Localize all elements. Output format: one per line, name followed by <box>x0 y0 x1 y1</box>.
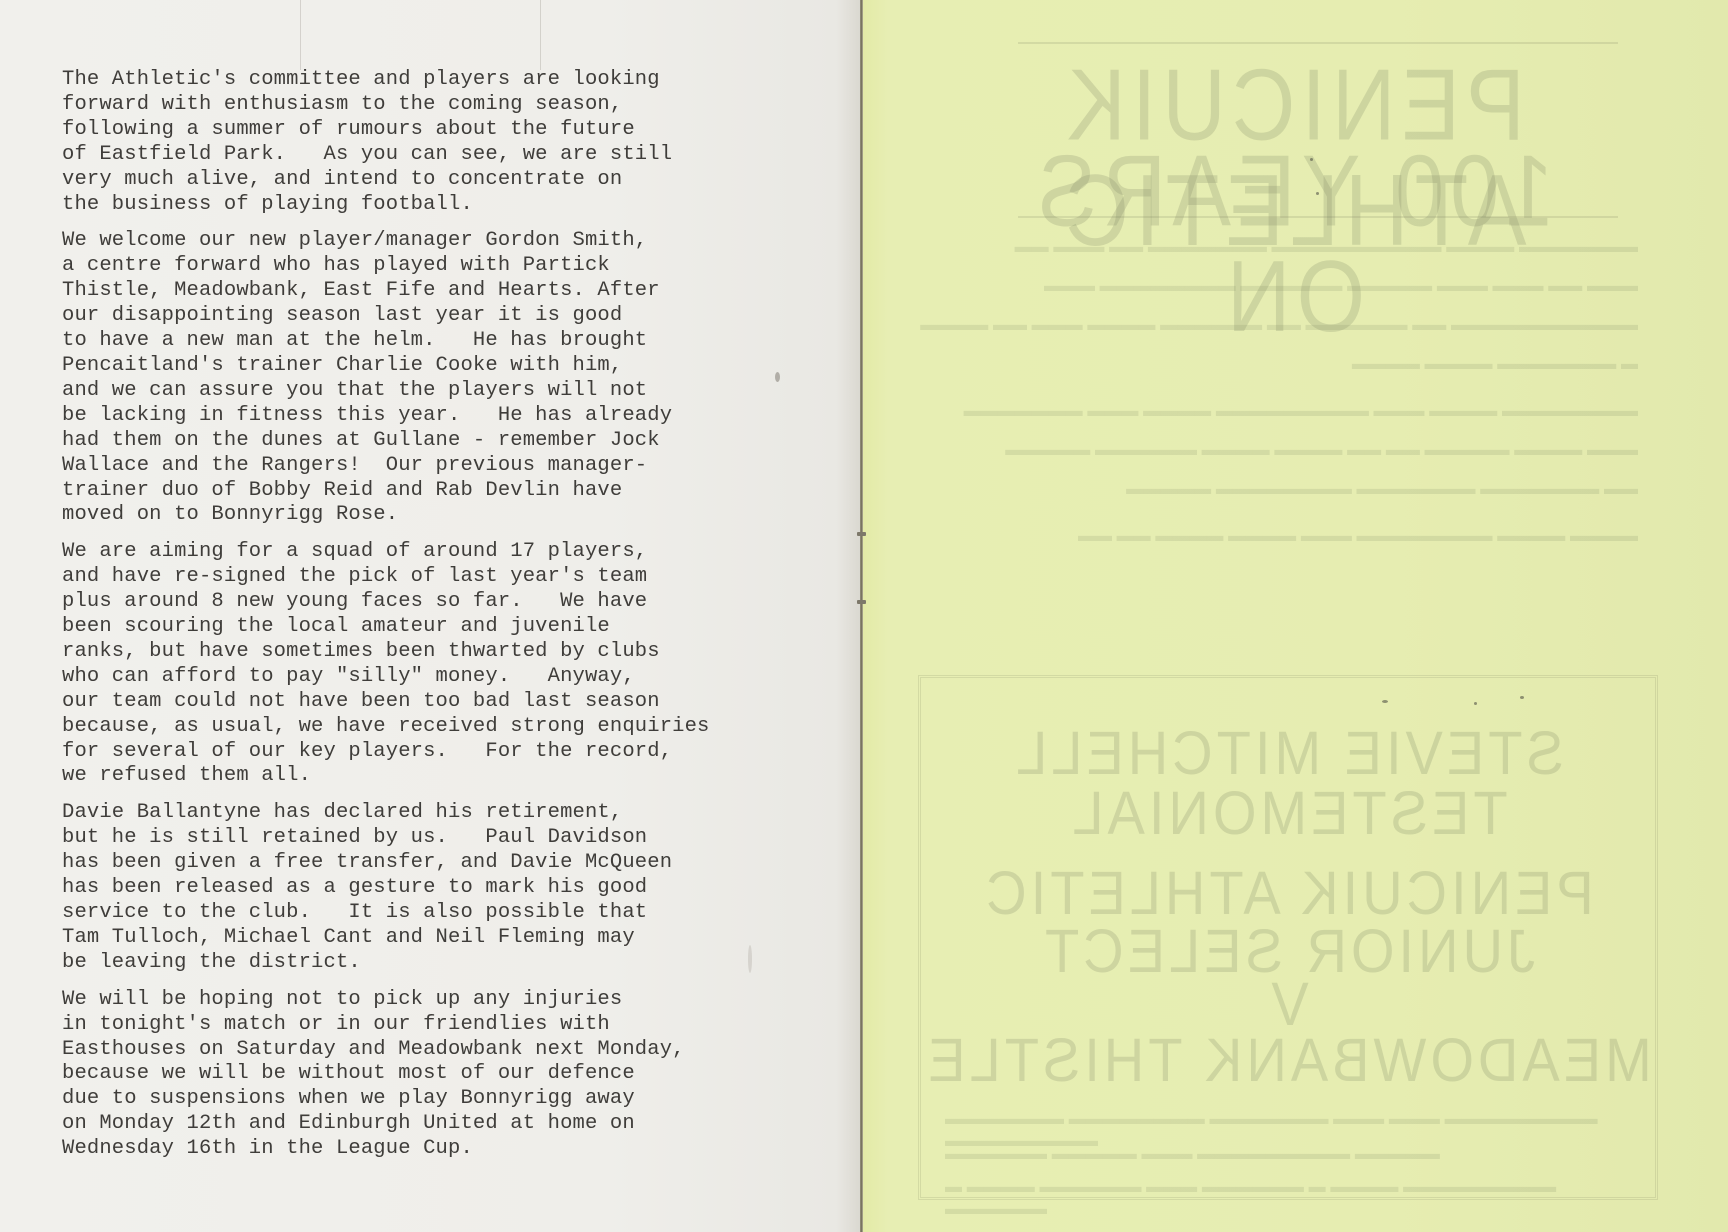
paragraph-2: We welcome our new player/manager Gordon… <box>62 229 852 528</box>
ghost-box-line-6: MEADOWBANK THISTLE <box>921 1027 1655 1093</box>
ghost-text-line: ▬▬▬ ▬▬ ▬▬▬ ▬▬▬ ▬▬▬▬▬ ▬▬▬▬▬▬ ▬▬▬▬▬▬▬▬ ▬▬▬ <box>998 275 1638 297</box>
ghost-text-line: ▬▬▬ ▬▬▬▬ ▬▬▬▬▬ ▬▬ ▬▬ ▬▬▬▬ ▬▬▬▬ ▬▬▬▬▬▬ ▬▬… <box>998 439 1638 461</box>
paper-speck <box>1520 696 1524 699</box>
paper-speck <box>1382 700 1388 703</box>
booklet-spine <box>860 0 863 1232</box>
paper-mark <box>775 372 780 382</box>
ghost-testimonial-box: STEVIE MITCHELL TESTEMONIAL PENICUIK ATH… <box>918 675 1658 1200</box>
left-page: The Athletic's committee and players are… <box>0 0 862 1232</box>
paper-speck <box>1474 702 1477 705</box>
ghost-text-line: ▬ ▬▬▬▬▬▬▬ ▬▬▬▬ ▬▬▬▬ <box>998 353 1638 375</box>
ghost-text-line: ▬▬▬▬▬ ▬▬▬▬▬▬▬▬▬ ▬▬▬ ▬▬▬▬▬ ▬▬▬▬▬▬ <box>945 1143 1635 1165</box>
fold-mark <box>300 0 301 70</box>
ghost-rule <box>1018 42 1618 44</box>
ghost-text-line: ▬▬▬▬▬▬▬▬▬▬▬ ▬▬ ▬▬▬▬▬▬ ▬▬ ▬▬▬▬▬▬ ▬▬▬▬ ▬▬▬… <box>998 314 1638 336</box>
paper-speck <box>1310 158 1313 161</box>
paragraph-1: The Athletic's committee and players are… <box>62 68 852 217</box>
reverse-show-through: PENICUIK ATHLETIC 100 YEARS ON ▬▬▬▬▬▬▬ ▬… <box>862 0 1728 1232</box>
ghost-box-line-2: TESTEMONIAL <box>921 780 1655 846</box>
ghost-text-line: ▬▬▬▬ ▬▬▬▬ ▬▬▬▬▬▬▬▬ ▬▬▬ ▬▬▬▬ ▬▬▬▬ ▬▬ ▬▬ <box>998 525 1638 547</box>
ghost-text-line: ▬▬▬▬▬▬▬▬▬ ▬▬▬▬ ▬ ▬▬▬▬▬▬ ▬▬▬ ▬▬▬▬▬▬ ▬▬▬▬ … <box>945 1176 1635 1220</box>
ghost-text-line: ▬▬ ▬▬▬▬▬▬▬ ▬▬▬▬▬▬▬ ▬▬▬▬▬▬▬▬ ▬▬▬▬▬ <box>998 478 1638 500</box>
staple <box>857 600 866 604</box>
ghost-box-line-1: STEVIE MITCHELL <box>921 720 1655 786</box>
staple <box>857 532 866 536</box>
paper-mark <box>748 945 752 973</box>
paper-speck <box>1316 192 1319 195</box>
fold-mark <box>540 0 541 70</box>
right-page: PENICUIK ATHLETIC 100 YEARS ON ▬▬▬▬▬▬▬ ▬… <box>862 0 1728 1232</box>
ghost-text-line: ▬▬▬▬▬▬▬ ▬▬▬▬ ▬▬▬▬▬▬▬▬▬▬ ▬▬▬▬▬▬▬ ▬▬ ▬▬▬ ▬… <box>998 236 1638 258</box>
ghost-rule <box>1018 216 1618 218</box>
paragraph-5: We will be hoping not to pick up any inj… <box>62 988 852 1162</box>
paragraph-4: Davie Ballantyne has declared his retire… <box>62 801 852 975</box>
programme-spread: The Athletic's committee and players are… <box>0 0 1728 1232</box>
paragraph-3: We are aiming for a squad of around 17 p… <box>62 540 852 789</box>
article-text: The Athletic's committee and players are… <box>62 68 852 1174</box>
ghost-text-line: ▬▬▬▬▬▬▬▬ ▬▬▬▬ ▬▬▬ ▬▬▬▬▬▬▬▬▬ ▬▬▬▬ ▬▬▬ ▬▬▬… <box>998 400 1638 422</box>
